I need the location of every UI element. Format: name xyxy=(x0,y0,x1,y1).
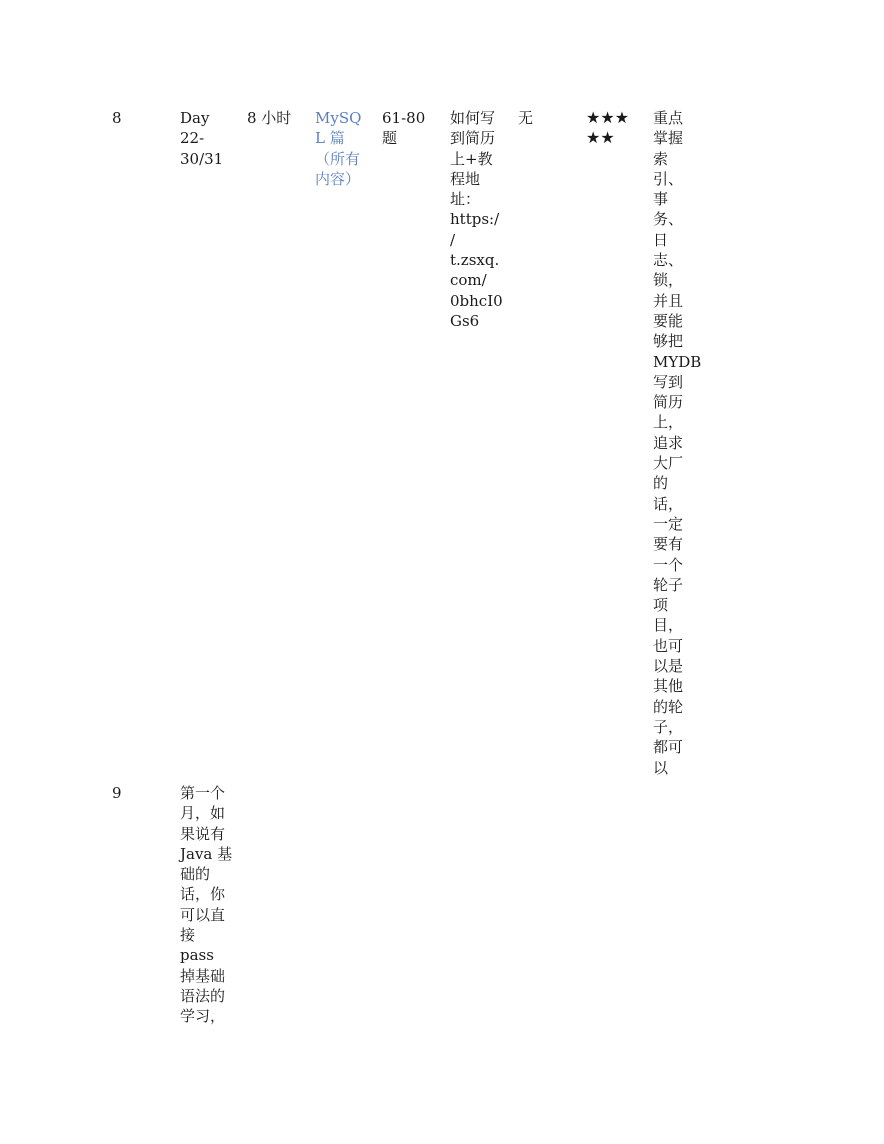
mysql-topic-link[interactable]: MySQ L 篇 （所有 内容） xyxy=(315,108,361,189)
other-resources: 无 xyxy=(518,108,533,128)
study-hours: 8 小时 xyxy=(247,108,291,128)
day-range: Day 22- 30/31 xyxy=(180,108,223,169)
day-range: 第一个 月，如 果说有 Java 基 础的 话，你 可以直 接 pass 掉基础… xyxy=(180,783,232,1027)
notes: 重点 掌握 索 引、 事 务、 日 志、 锁， 并且 要能 够把 MYDB 写到… xyxy=(653,108,701,778)
row-index: 9 xyxy=(112,783,122,803)
importance-rating: ★★★ ★★ xyxy=(586,108,629,149)
project-resume-info: 如何写 到简历 上+教 程地 址： https:/ / t.zsxq. com/… xyxy=(450,108,503,331)
row-index: 8 xyxy=(112,108,122,128)
question-range: 61-80 题 xyxy=(382,108,425,149)
